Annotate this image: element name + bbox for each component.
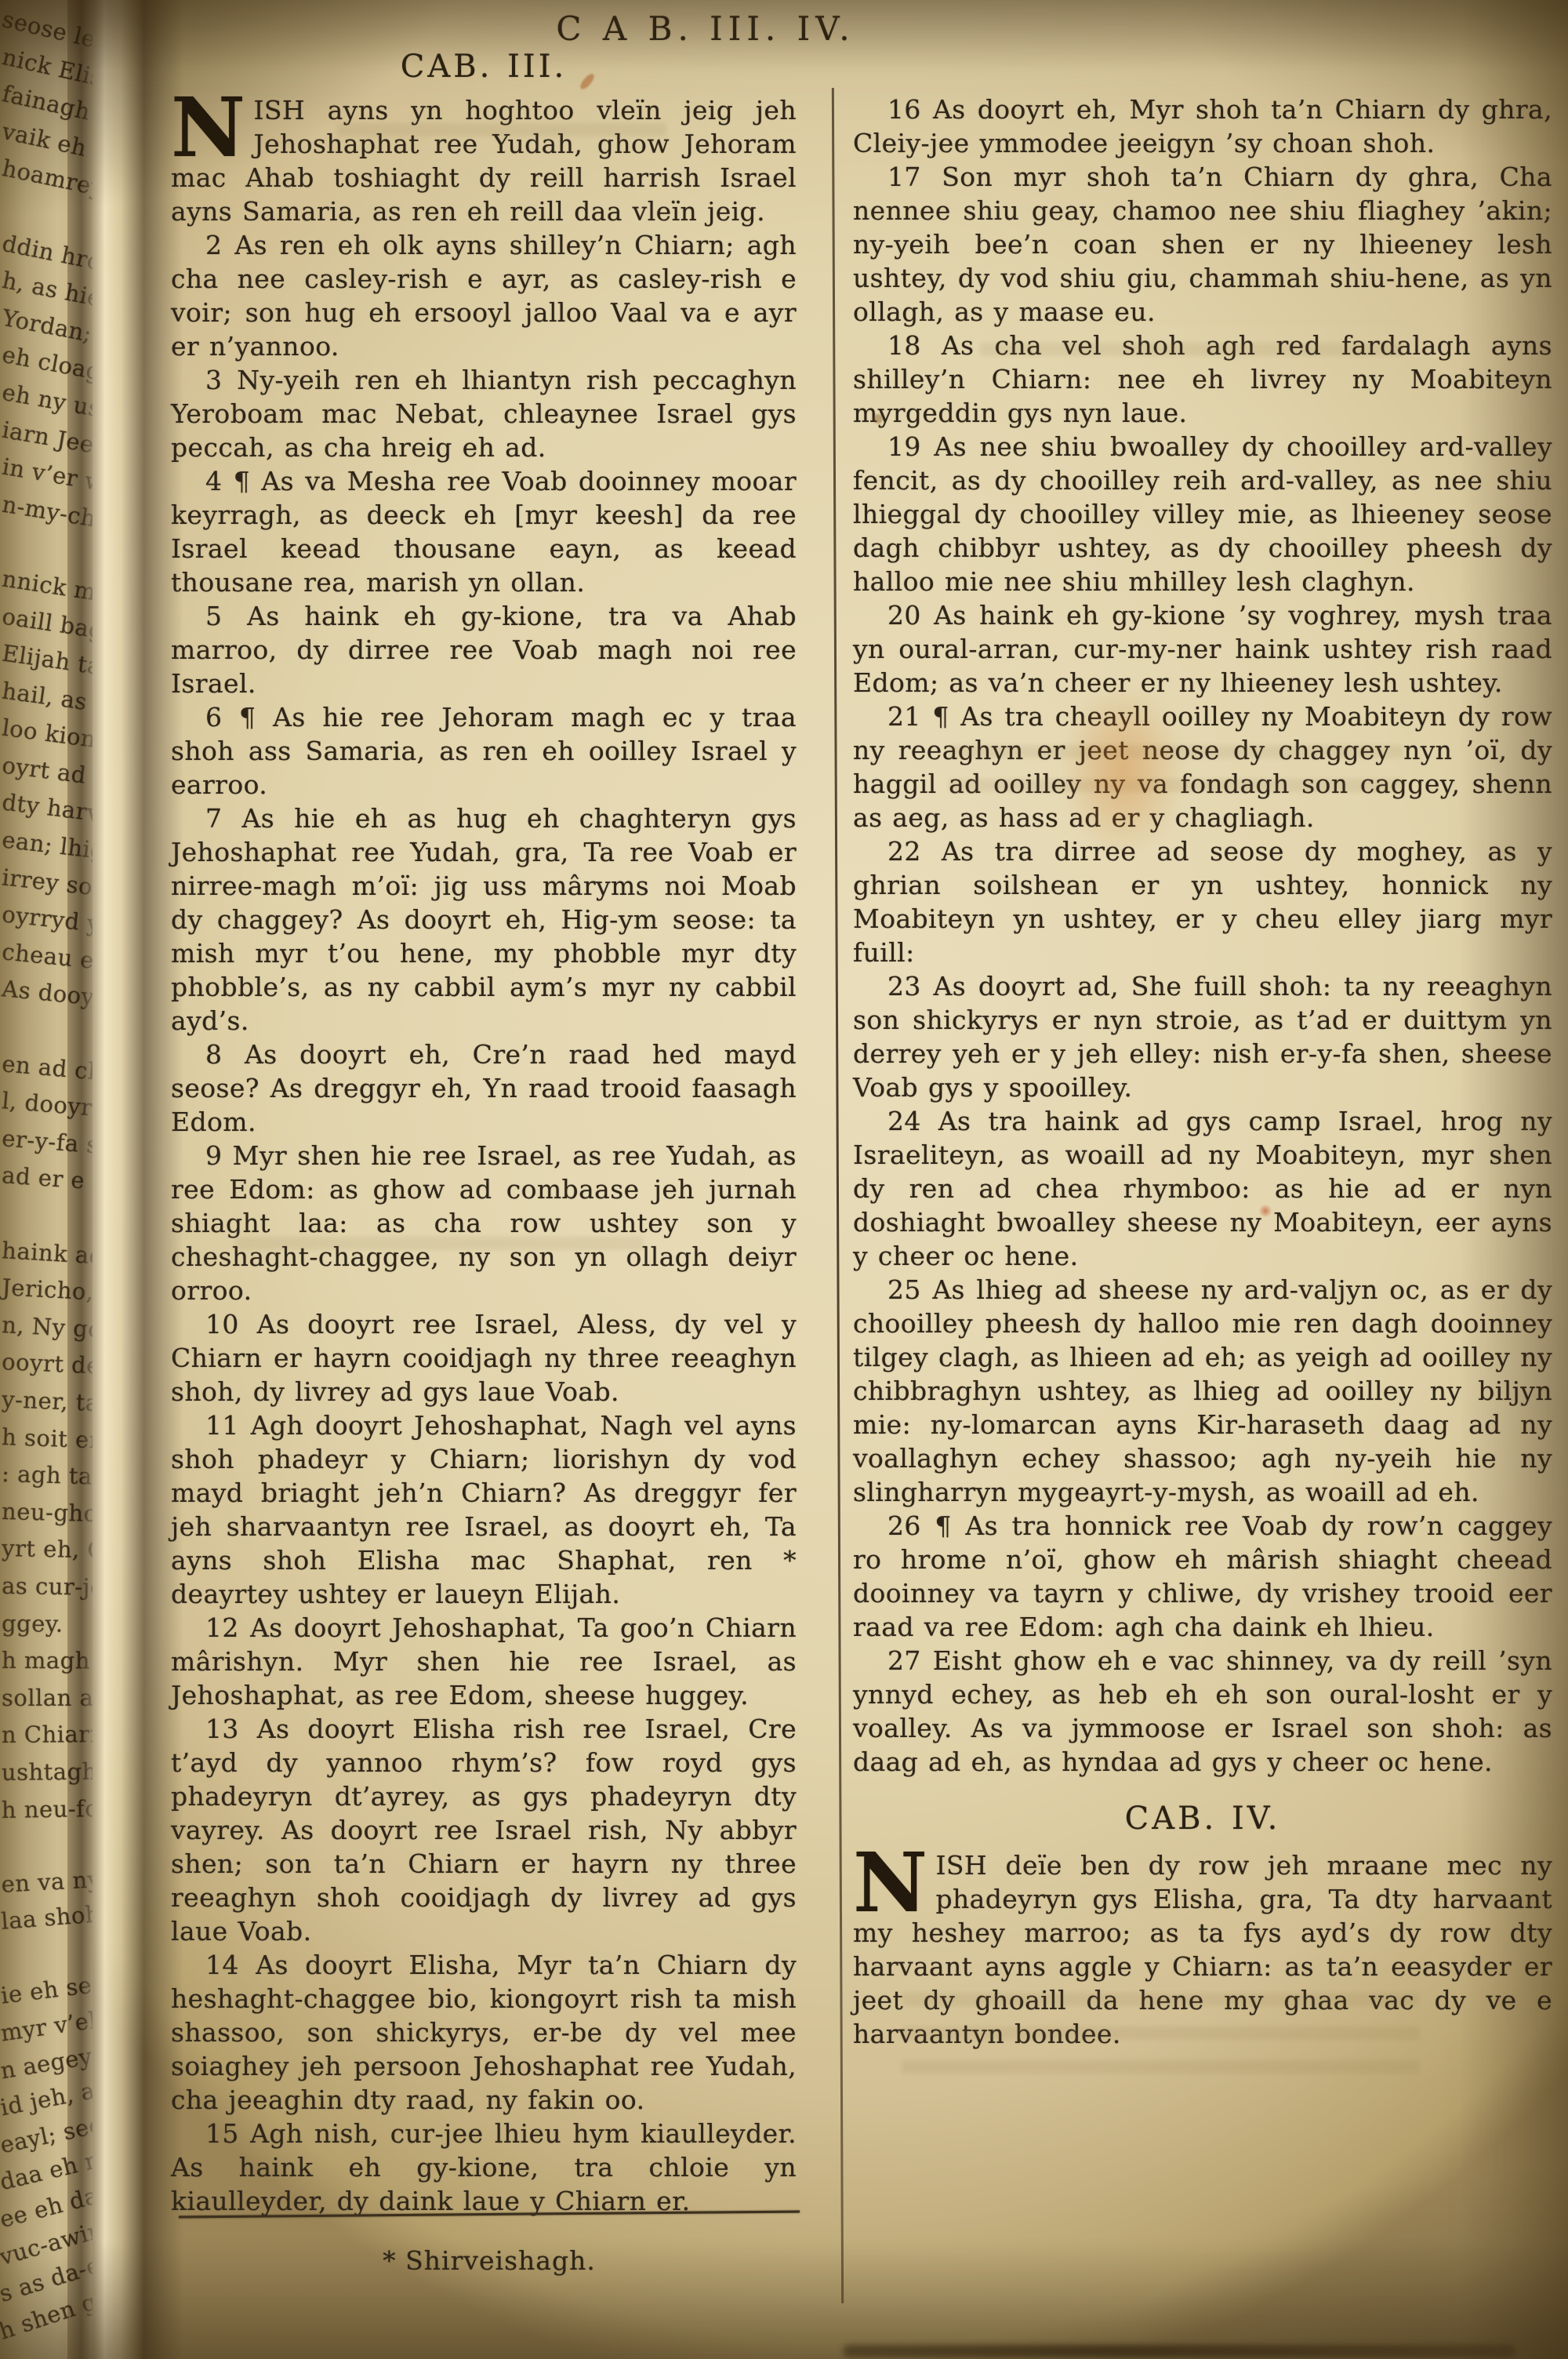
verse-15: 15 Agh nish, cur-jee lhieu hym kiaulleyd…	[171, 2117, 797, 2218]
running-head: C A B. III. IV.	[486, 9, 925, 48]
verse-5: 5 As haink eh gy-kione, tra va Ahab marr…	[171, 599, 797, 700]
verse-3: 3 Ny-yeih ren eh lhiantyn rish peccaghyn…	[171, 363, 797, 464]
verse-13: 13 As dooyrt Elisha rish ree Israel, Cre…	[171, 1712, 797, 1948]
page-edge-fragment	[0, 1830, 93, 1870]
page-edge-fragment: h magh gys moi	[0, 1647, 93, 1685]
footnote-text: * Shirveishagh.	[179, 2245, 800, 2276]
page-edge-fragment: ggey.	[0, 1610, 93, 1648]
page-edge-fragment: : agh ta’n ush	[0, 1460, 93, 1500]
page-edge-fragment: h soit er boay	[0, 1423, 93, 1464]
paper-speck	[1259, 1205, 1272, 1217]
verse-10: 10 As dooyrt ree Israel, Aless, dy vel y…	[171, 1307, 797, 1408]
page-edge-fragment: n, Ny gow-jee?	[0, 1311, 93, 1353]
previous-page-edge: seose lesh gnick Elisha eh,fainagh Israe…	[0, 0, 93, 2359]
verse-25: 25 As lhieg ad sheese ny ard-valjyn oc, …	[853, 1273, 1552, 1509]
verse-14: 14 As dooyrt Elisha, Myr ta’n Chiarn dy …	[171, 1948, 797, 2117]
verse-12: 12 As dooyrt Jehoshaphat, Ta goo’n Chiar…	[171, 1611, 797, 1712]
verse-11: 11 Agh dooyrt Jehoshaphat, Nagh vel ayns…	[171, 1408, 797, 1611]
verse-9: 9 Myr shen hie ree Israel, as ree Yudah,…	[171, 1139, 797, 1307]
page-edge-fragment: n Chiarn dy	[0, 1721, 93, 1758]
verse-17: 17 Son myr shoh ta’n Chiarn dy ghra, Cha…	[853, 160, 1552, 329]
page-edge-fragments: seose lesh gnick Elisha eh,fainagh Israe…	[0, 0, 93, 2356]
verse-21: 21 ¶ As tra cheayll ooilley ny Moabiteyn…	[853, 700, 1552, 834]
footnote-block: * Shirveishagh.	[179, 2213, 800, 2276]
paper-stain	[1060, 684, 1185, 856]
page-edge-fragment: sollan ayns shen	[0, 1685, 93, 1722]
paper-speck	[873, 414, 883, 423]
verse-6: 6 ¶ As hie ree Jehoram magh ec y traa sh…	[171, 700, 797, 801]
verse-7: 7 As hie eh as hug eh chaghteryn gys Jeh…	[171, 801, 797, 1038]
page-edge-fragment: as cur-jee sollan	[0, 1572, 93, 1611]
page-edge-fragment: haink ad reesh	[0, 1237, 93, 1280]
column-right: 16 As dooyrt eh, Myr shoh ta’n Chiarn dy…	[853, 93, 1552, 2051]
chapter4-opening-verse: NISH deïe ben dy row jeh mraane mec ny p…	[853, 1848, 1552, 2051]
verse-24: 24 As tra haink ad gys camp Israel, hrog…	[853, 1104, 1552, 1273]
page-edge-fragment	[0, 1199, 93, 1242]
chapter3-verses-left: 2 As ren eh olk ayns shilley’n Chiarn; a…	[171, 228, 797, 2218]
cropped-next-line	[843, 2345, 1515, 2357]
chapter3-drop-cap: N	[171, 93, 253, 159]
page-edge-fragment: ushtaghyn sho	[0, 1758, 93, 1797]
book-page-photo: seose lesh gnick Elisha eh,fainagh Israe…	[0, 0, 1568, 2359]
verse-2: 2 As ren eh olk ayns shilley’n Chiarn; a…	[171, 228, 797, 363]
page-edge-fragment: y-ner, ta shin	[0, 1386, 93, 1427]
chapter3-heading: CAB. III.	[171, 50, 797, 84]
verse-20: 20 As haink eh gy-kione ’sy voghrey, mys…	[853, 598, 1552, 700]
verse-4: 4 ¶ As va Mesha ree Voab dooinney mooar …	[171, 464, 797, 599]
verse-8: 8 As dooyrt eh, Cre’n raad hed mayd seos…	[171, 1038, 797, 1139]
chapter4-drop-cap: N	[853, 1848, 935, 1914]
page-edge-fragment: yrt eh, Cur-je	[0, 1535, 93, 1574]
verse-19: 19 As nee shiu bwoalley dy chooilley ard…	[853, 430, 1552, 598]
verse-26: 26 ¶ As tra honnick ree Voab dy row’n ca…	[853, 1509, 1552, 1644]
column-left: CAB. III. NISH ayns yn hoghtoo vleïn jei…	[171, 50, 797, 2218]
chapter3-opening-verse: NISH ayns yn hoghtoo vleïn jeig jeh Jeho…	[171, 93, 797, 228]
verse-22: 22 As tra dirree ad seose dy moghey, as …	[853, 834, 1552, 969]
chapter3-verses-right: 16 As dooyrt eh, Myr shoh ta’n Chiarn dy…	[853, 93, 1552, 1779]
verse-27: 27 Eisht ghow eh e vac shinney, va dy re…	[853, 1644, 1552, 1779]
page-edge-fragment: h neu-follan	[0, 1795, 93, 1834]
column-divider	[832, 88, 844, 2303]
page-edge-fragment: ooyrt deiney’n	[0, 1348, 93, 1390]
verse-16: 16 As dooyrt eh, Myr shoh ta’n Chiarn dy…	[853, 93, 1552, 160]
chapter4-opening-text: ISH deïe ben dy row jeh mraane mec ny ph…	[853, 1850, 1552, 2049]
verse-23: 23 As dooyrt ad, She fuill shoh: ta ny r…	[853, 969, 1552, 1104]
chapter4-heading: CAB. IV.	[853, 1802, 1552, 1836]
page-edge-fragment: Jericho,) dooyr	[0, 1274, 93, 1316]
page-edge-fragment: ad er e hon th	[0, 1161, 93, 1205]
verse-18: 18 As cha vel shoh agh red fardalagh ayn…	[853, 329, 1552, 430]
chapter3-opening-text: ISH ayns yn hoghtoo vleïn jeig jeh Jehos…	[171, 95, 797, 227]
page-edge-fragment: neu-ghooie.	[0, 1498, 93, 1537]
